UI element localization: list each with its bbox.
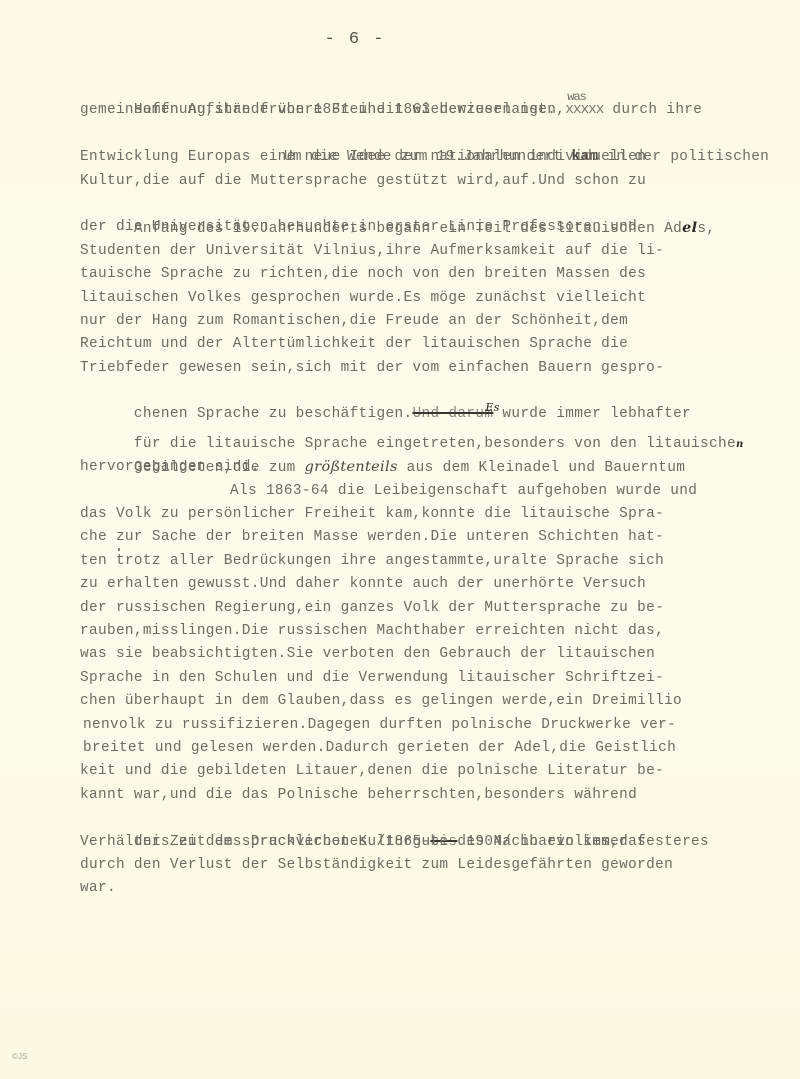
text-line: Anfang des 19.Jahrhunderts begann ein Te… [80,193,780,216]
text-line: gemeinsamen Aufstände von 1831 und 1863 … [80,99,780,122]
text-line: der Zeit des Druckverbotes /1865-bis 190… [80,807,780,830]
text-line: chen überhaupt in dem Glauben,dass es ge… [80,690,780,713]
text-line: chenen Sprache zu beschäftigen.Und darum… [80,380,780,403]
text-line: hervorgegangen sind. [80,456,780,479]
text-line: nur der Hang zum Romantischen,die Freude… [80,310,780,333]
text-line: was sie beabsichtigten.Sie verboten den … [80,643,780,666]
copyright-mark: ©JS [12,1052,27,1061]
text-line: che zur Sache der breiten Masse werden.D… [80,526,780,549]
text-line: tauische Sprache zu richten,die noch von… [80,263,780,286]
text-line: zu erhalten gewusst.Und daher konnte auc… [80,573,780,596]
text-line: für die litauische Sprache eingetreten,b… [80,409,780,432]
text-line: Verhältnis zu dem sprachlichen Kulturgut… [80,831,780,854]
text-line: litauischen Volkes gesprochen wurde.Es m… [80,287,780,310]
text-line: Triebfeder gewesen sein,sich mit der vom… [80,357,780,380]
text-line: Gebildeten,die zum größtenteils aus dem … [80,433,780,456]
text-line: Entwicklung Europas eine neue Idee der n… [80,146,780,169]
text-line: war. [80,877,780,900]
text-line: das Volk zu persönlicher Freiheit kam,ko… [80,503,780,526]
text-line: breitet und gelesen werden.Dadurch gerie… [80,737,780,760]
document-page: - 6 - Hoffnung,ihre frühere Freiheit wie… [0,0,800,1079]
text-line: der russischen Regierung,ein ganzes Volk… [80,597,780,620]
text-line: Sprache in den Schulen und die Verwendun… [80,667,780,690]
text-line: ten trotz aller Bedrückungen ihre angest… [80,550,780,573]
text-line: kannt war,und die das Polnische beherrsc… [80,784,780,807]
typewritten-body: Hoffnung,ihre frühere Freiheit wiederzue… [80,76,780,901]
text-line: rauben,misslingen.Die russischen Machtha… [80,620,780,643]
text-line-paragraph-start: Um die Wende zum 19.Jahrhundert kam in d… [80,123,780,146]
page-number: - 6 - [0,30,710,49]
text-line: der die Universitäten besuchte,in erster… [80,216,780,239]
text-line: nenvolk zu russifizieren.Dagegen durften… [80,714,780,737]
text-line: durch den Verlust der Selbständigkeit zu… [80,854,780,877]
text-line: Hoffnung,ihre frühere Freiheit wiederzue… [80,76,780,99]
text-line: keit und die gebildeten Litauer,denen di… [80,760,780,783]
stray-ink-mark [118,548,120,551]
text-line-paragraph-start: Als 1863-64 die Leibeigenschaft aufgehob… [80,480,780,503]
text-line: Kultur,die auf die Muttersprache gestütz… [80,170,780,193]
text-line: Studenten der Universität Vilnius,ihre A… [80,240,780,263]
text-line: Reichtum und der Altertümlichkeit der li… [80,333,780,356]
